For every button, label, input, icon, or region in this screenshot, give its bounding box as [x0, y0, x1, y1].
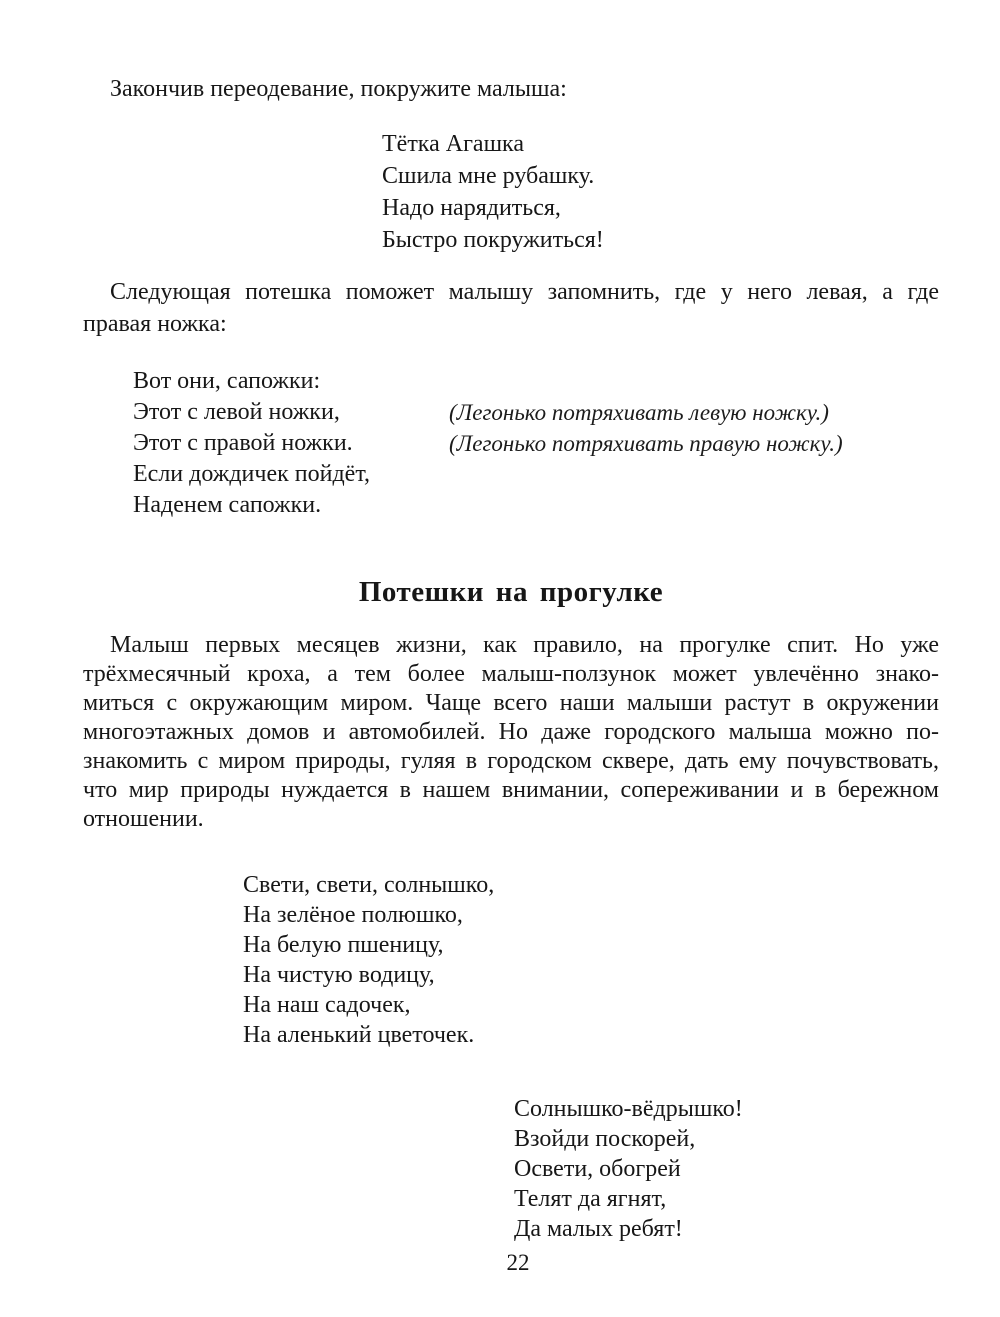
- poem-line: На белую пшеницу,: [243, 930, 494, 960]
- paragraph-line: миться с окружающим миром. Чаще всего на…: [83, 689, 939, 718]
- paragraph-line: правая ножка:: [83, 308, 939, 340]
- poem-line: Телят да ягнят,: [514, 1184, 743, 1214]
- poem-line-row: Если дождичек пойдёт,: [133, 459, 370, 490]
- paragraph-boots-intro: Следующая потешка поможет малышу запомни…: [83, 276, 939, 340]
- poem-line: Этот с левой ножки,: [133, 399, 340, 425]
- poem-line-row: Этот с левой ножки, (Легонько потряхиват…: [133, 397, 370, 428]
- poem-line: Взойди поскорей,: [514, 1124, 743, 1154]
- poem-line: Сшила мне рубашку.: [382, 160, 604, 192]
- poem-sunshine-field: Свети, свети, солнышко, На зелёное полюш…: [243, 870, 494, 1050]
- intro-paragraph: Закончив переодевание, покружите малыша:: [83, 74, 939, 104]
- poem-boots: Вот они, сапожки: Этот с левой ножки, (Л…: [133, 366, 370, 521]
- paragraph-line: трёхмесячный кроха, а тем более малыш-по…: [83, 660, 939, 689]
- poem-line: Вот они, сапожки:: [133, 368, 320, 394]
- poem-sunshine-bucket: Солнышко-вёдрышко! Взойди поскорей, Осве…: [514, 1094, 743, 1244]
- poem-line: На чистую водицу,: [243, 960, 494, 990]
- section-paragraph: Малыш первых месяцев жизни, как правило,…: [83, 631, 939, 834]
- paragraph-line: многоэтажных домов и автомобилей. Но даж…: [83, 718, 939, 747]
- poem-line: Да малых ребят!: [514, 1214, 743, 1244]
- paragraph-line: отношении.: [83, 805, 939, 834]
- paragraph-line: знакомить с миром природы, гуляя в город…: [83, 747, 939, 776]
- poem-line: Надо нарядиться,: [382, 192, 604, 224]
- poem-dressing: Тётка Агашка Сшила мне рубашку. Надо нар…: [382, 128, 604, 256]
- poem-line: На зелёное полюшко,: [243, 900, 494, 930]
- paragraph-line: Малыш первых месяцев жизни, как правило,…: [83, 631, 939, 660]
- poem-line: Быстро покружиться!: [382, 224, 604, 256]
- book-page: Закончив переодевание, покружите малыша:…: [0, 0, 1000, 1317]
- poem-line-row: Наденем сапожки.: [133, 490, 370, 521]
- poem-line: Наденем сапожки.: [133, 492, 321, 518]
- poem-line: Освети, обогрей: [514, 1154, 743, 1184]
- poem-line: Этот с правой ножки.: [133, 430, 353, 456]
- paragraph-line: что мир природы нуждается в нашем вниман…: [83, 776, 939, 805]
- poem-line: На наш садочек,: [243, 990, 494, 1020]
- poem-line-row: Этот с правой ножки. (Легонько потряхива…: [133, 428, 370, 459]
- action-note: (Легонько потряхивать левую ножку.): [449, 397, 829, 428]
- poem-line-row: Вот они, сапожки:: [133, 366, 370, 397]
- section-heading: Потешки на прогулке: [0, 576, 1000, 609]
- poem-line: Если дождичек пойдёт,: [133, 461, 370, 487]
- action-note: (Легонько потряхивать правую ножку.): [449, 428, 843, 459]
- poem-line: На аленький цветочек.: [243, 1020, 494, 1050]
- poem-line: Солнышко-вёдрышко!: [514, 1094, 743, 1124]
- page-number: 22: [0, 1250, 1000, 1276]
- paragraph-line: Следующая потешка поможет малышу запомни…: [83, 276, 939, 308]
- poem-line: Свети, свети, солнышко,: [243, 870, 494, 900]
- poem-line: Тётка Агашка: [382, 128, 604, 160]
